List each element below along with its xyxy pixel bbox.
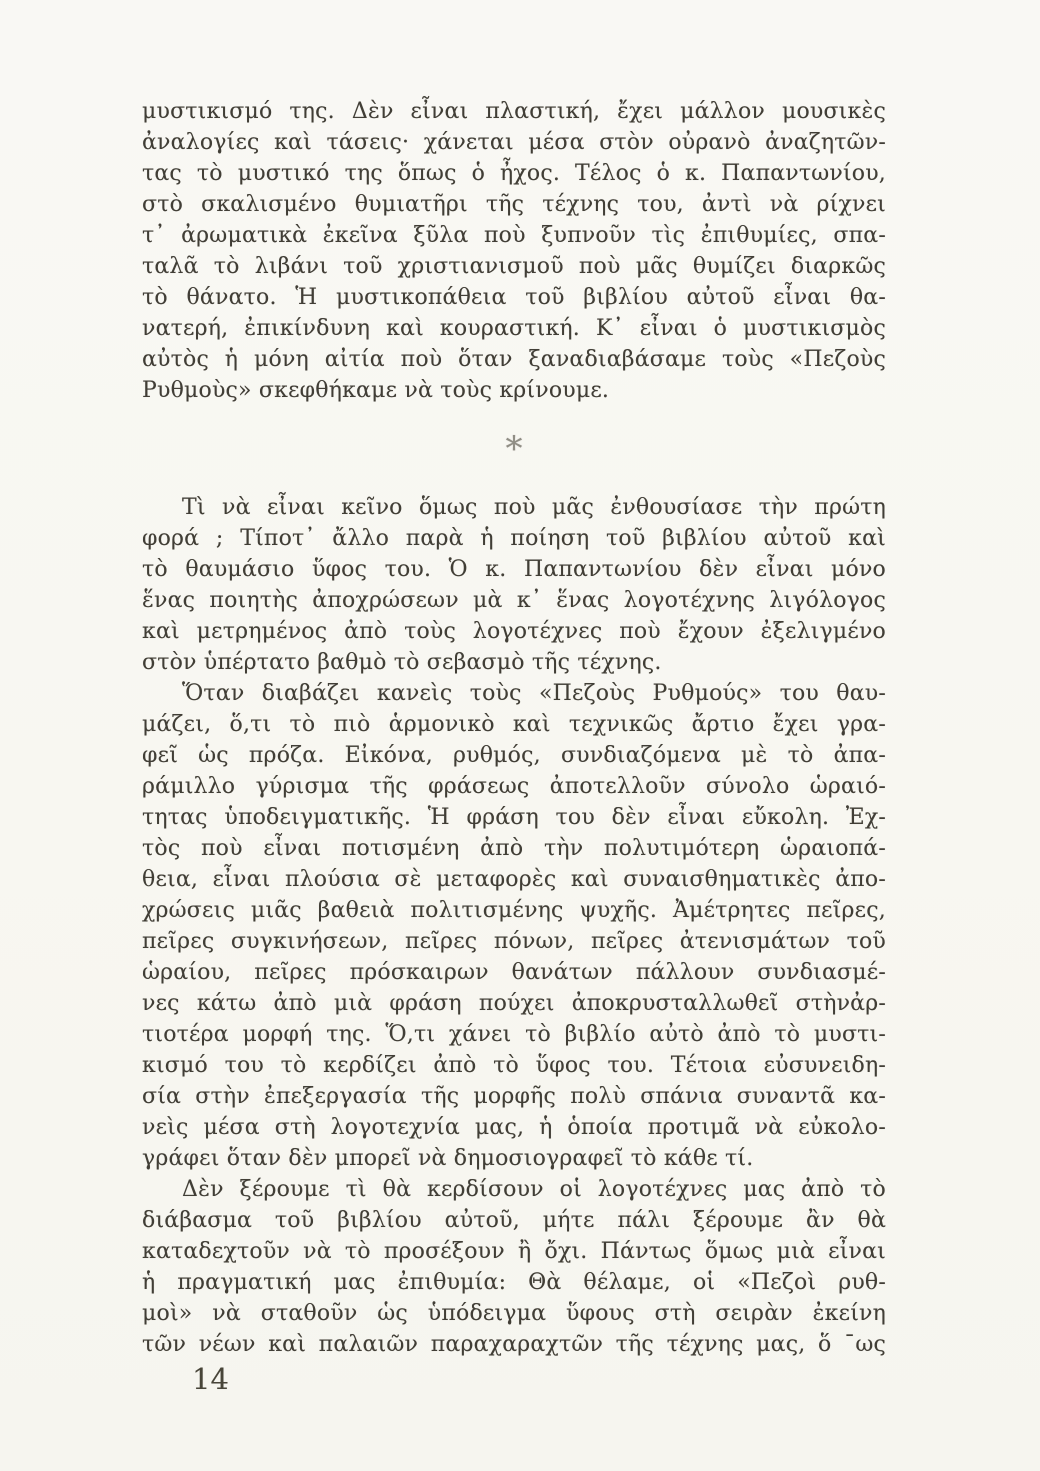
text-line: στὸ σκαλισμένο θυμιατῆρι τῆς τέχνης του,… <box>142 189 886 220</box>
paragraph-3: Ὅταν διαβάζει κανεὶς τοὺς «Πεζοὺς Ρυθμού… <box>142 678 886 1174</box>
text-line: μυστικισμό της. Δὲν εἶναι πλαστική, ἔχει… <box>142 96 886 127</box>
text-line: ταλᾶ τὸ λιβάνι τοῦ χριστιανισμοῦ ποὺ μᾶς… <box>142 251 886 282</box>
text-line: διάβασμα τοῦ βιβλίου αὐτοῦ, μήτε πάλι ξέ… <box>142 1205 886 1236</box>
text-line: φεῖ ὡς πρόζα. Εἰκόνα, ρυθμός, συνδιαζόμε… <box>142 740 886 771</box>
page-number: 14 <box>192 1362 229 1396</box>
text-line: αὐτὸς ἡ μόνη αἰτία ποὺ ὅταν ξαναδιαβάσαμ… <box>142 344 886 375</box>
text-line: ἡ πραγματική μας ἐπιθυμία: Θὰ θέλαμε, οἱ… <box>142 1267 886 1298</box>
text-line: ράμιλλο γύρισμα τῆς φράσεως ἀποτελλοῦν σ… <box>142 771 886 802</box>
text-line: τας τὸ μυστικό της ὅπως ὁ ἦχος. Τέλος ὁ … <box>142 158 886 189</box>
text-line: καὶ μετρημένος ἀπὸ τοὺς λογοτέχνες ποὺ ἔ… <box>142 616 886 647</box>
text-line: μοὶ» νὰ σταθοῦν ὡς ὑπόδειγμα ὕφους στὴ σ… <box>142 1298 886 1329</box>
text-line: πεῖρες συγκινήσεων, πεῖρες πόνων, πεῖρες… <box>142 926 886 957</box>
text-line: νεὶς μέσα στὴ λογοτεχνία μας, ἡ ὁποία πρ… <box>142 1112 886 1143</box>
text-line: τὸς ποὺ εἶναι ποτισμένη ἀπὸ τὴν πολυτιμό… <box>142 833 886 864</box>
text-line: τιοτέρα μορφή της. Ὅ,τι χάνει τὸ βιβλίο … <box>142 1019 886 1050</box>
text-line: ὡραίου, πεῖρες πρόσκαιρων θανάτων πάλλου… <box>142 957 886 988</box>
text-line: Τὶ νὰ εἶναι κεῖνο ὅμως ποὺ μᾶς ἐνθουσίασ… <box>142 492 886 523</box>
text-line: σία στὴν ἐπεξεργασία τῆς μορφῆς πολὺ σπά… <box>142 1081 886 1112</box>
text-line: Ρυθμοὺς» σκεφθήκαμε νὰ τοὺς κρίνουμε. <box>142 375 886 406</box>
text-line: τὸ θάνατο. Ἡ μυστικοπάθεια τοῦ βιβλίου α… <box>142 282 886 313</box>
paragraph-1: μυστικισμό της. Δὲν εἶναι πλαστική, ἔχει… <box>142 96 886 406</box>
text-line: νατερή, ἐπικίνδυνη καὶ κουραστική. Κ᾽ εἶ… <box>142 313 886 344</box>
paragraph-2: Τὶ νὰ εἶναι κεῖνο ὅμως ποὺ μᾶς ἐνθουσίασ… <box>142 492 886 678</box>
text-line: φορά ; Τίποτ᾽ ἄλλο παρὰ ἡ ποίηση τοῦ βιβ… <box>142 523 886 554</box>
paragraph-4: Δὲν ξέρουμε τὶ θὰ κερδίσουν οἱ λογοτέχνε… <box>142 1174 886 1360</box>
text-line: τῶν νέων καὶ παλαιῶν παραχαραχτῶν τῆς τέ… <box>142 1329 886 1360</box>
book-page: μυστικισμό της. Δὲν εἶναι πλαστική, ἔχει… <box>0 0 1040 1471</box>
text-line: στὸν ὑπέρτατο βαθμὸ τὸ σεβασμὸ τῆς τέχνη… <box>142 647 886 678</box>
text-line: καταδεχτοῦν νὰ τὸ προσέξουν ἢ ὄχι. Πάντω… <box>142 1236 886 1267</box>
text-line: Ὅταν διαβάζει κανεὶς τοὺς «Πεζοὺς Ρυθμού… <box>142 678 886 709</box>
text-line: Δὲν ξέρουμε τὶ θὰ κερδίσουν οἱ λογοτέχνε… <box>142 1174 886 1205</box>
text-line: χρώσεις μιᾶς βαθειὰ πολιτισμένης ψυχῆς. … <box>142 895 886 926</box>
text-line: ἕνας ποιητὴς ἀποχρώσεων μὰ κ᾽ ἕνας λογοτ… <box>142 585 886 616</box>
text-line: ἀναλογίες καὶ τάσεις· χάνεται μέσα στὸν … <box>142 127 886 158</box>
text-line: τ᾽ ἀρωματικὰ ἐκεῖνα ξῦλα ποὺ ξυπνοῦν τὶς… <box>142 220 886 251</box>
text-line: τητας ὑποδειγματικῆς. Ἡ φράση του δὲν εἶ… <box>142 802 886 833</box>
text-line: κισμό του τὸ κερδίζει ἀπὸ τὸ ὕφος του. Τ… <box>142 1050 886 1081</box>
text-block: μυστικισμό της. Δὲν εἶναι πλαστική, ἔχει… <box>142 96 886 1360</box>
text-line: μάζει, ὅ,τι τὸ πιὸ ἁρμονικὸ καὶ τεχνικῶς… <box>142 709 886 740</box>
text-line: θεια, εἶναι πλούσια σὲ μεταφορὲς καὶ συν… <box>142 864 886 895</box>
text-line: γράφει ὅταν δὲν μπορεῖ νὰ δημοσιογραφεῖ … <box>142 1143 886 1174</box>
text-line: τὸ θαυμάσιο ὕφος του. Ὁ κ. Παπαντωνίου δ… <box>142 554 886 585</box>
section-separator-icon: * <box>142 406 886 492</box>
text-line: νες κάτω ἀπὸ μιὰ φράση πούχει ἀποκρυσταλ… <box>142 988 886 1019</box>
